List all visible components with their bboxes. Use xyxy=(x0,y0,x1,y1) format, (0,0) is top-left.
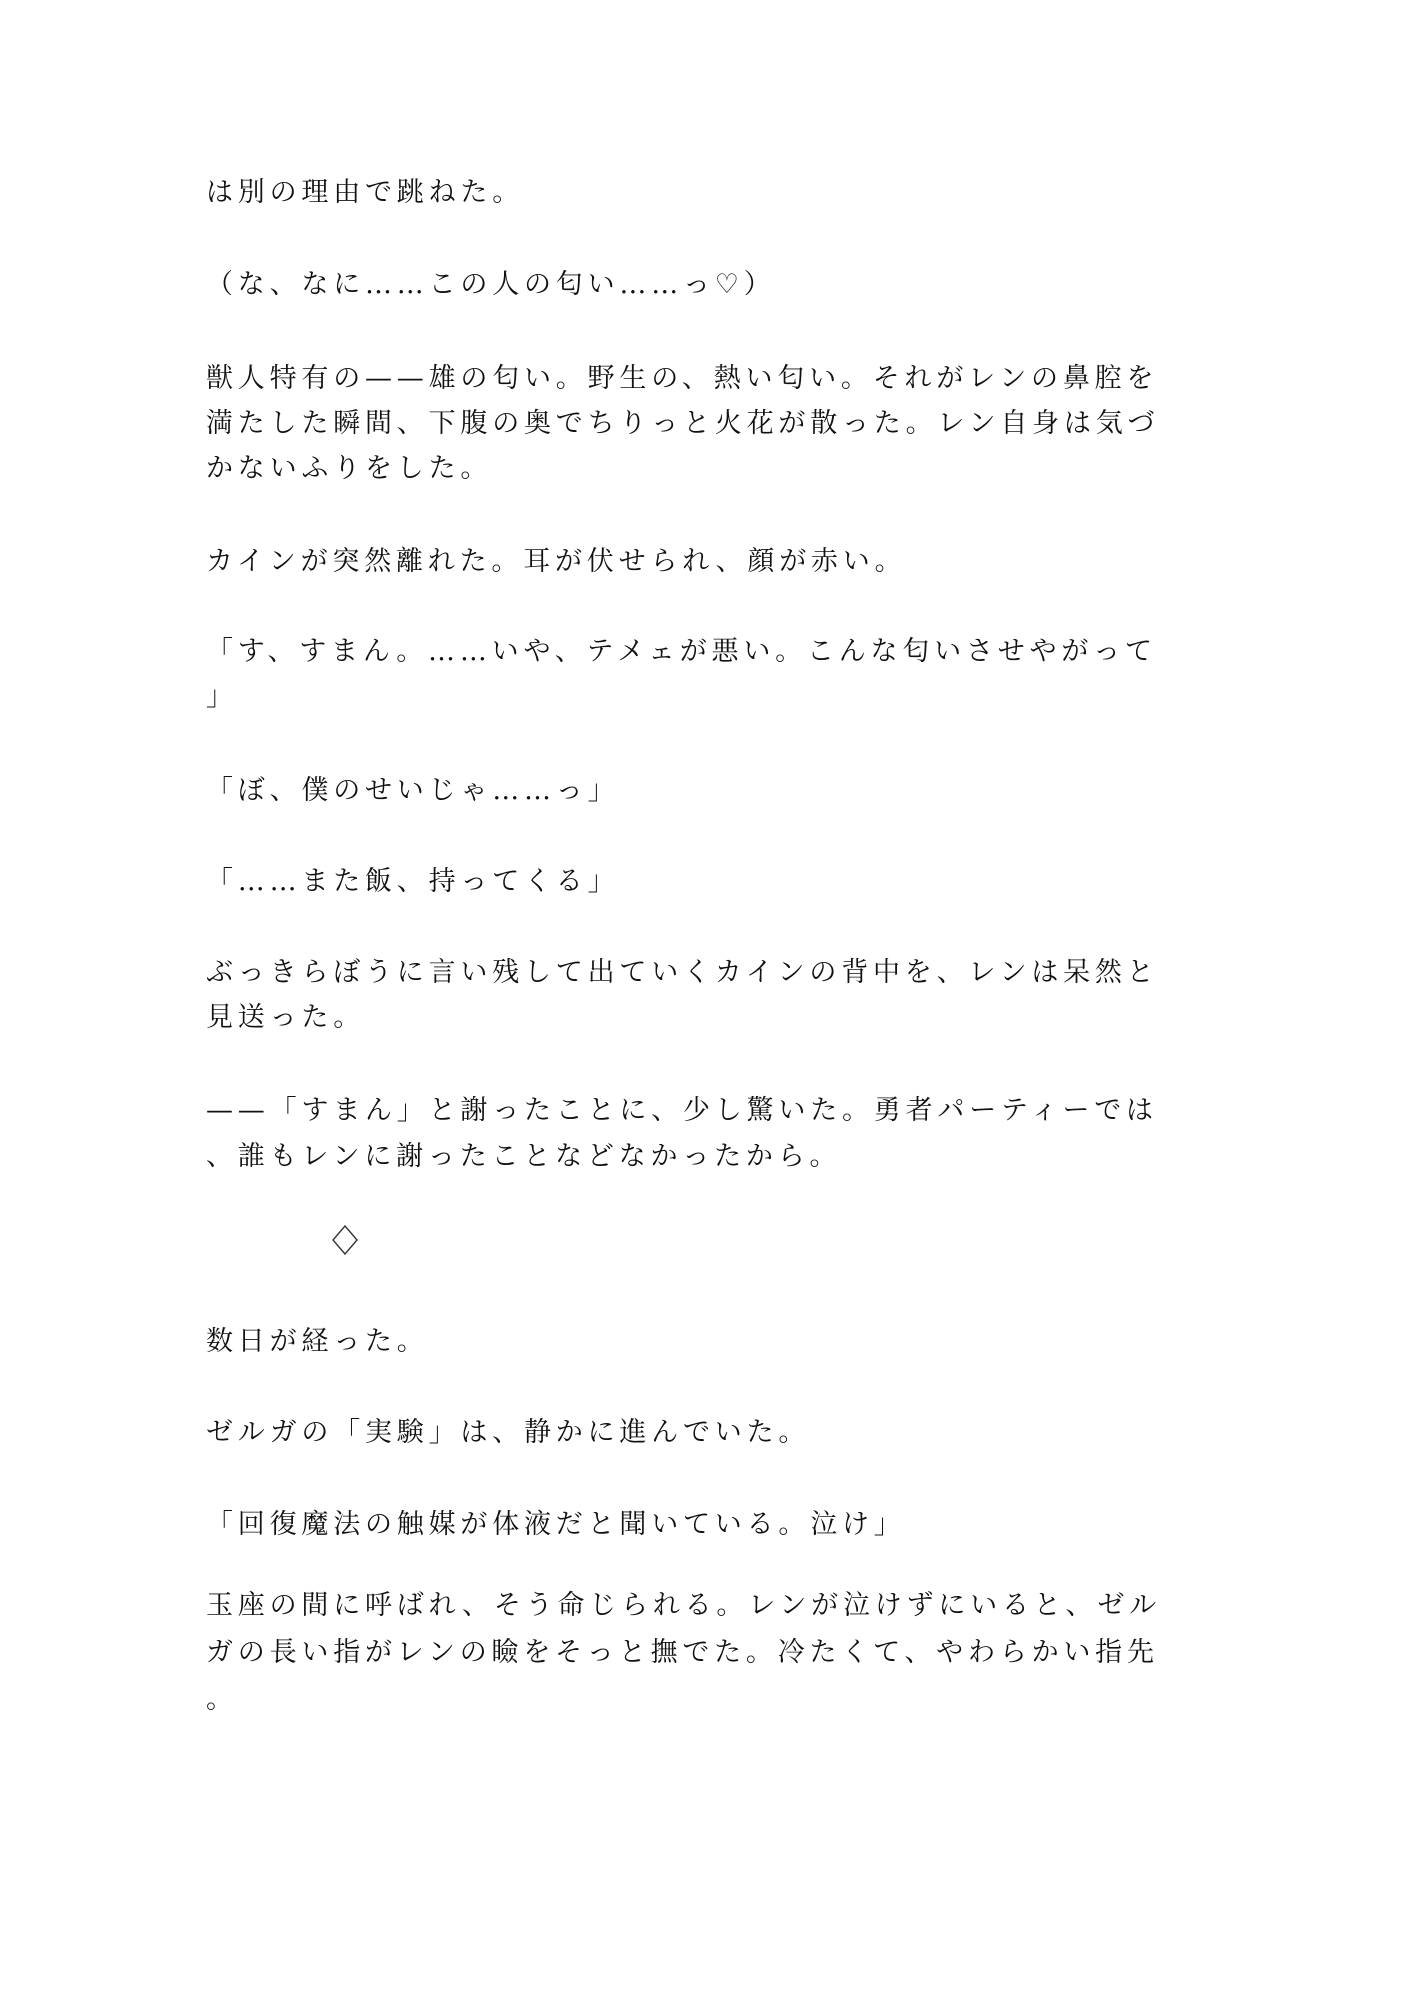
document-page: は別の理由で跳ねた。 （な、なに……この人の匂い……っ♡） 獣人特有の——雄の匂… xyxy=(0,0,1415,2000)
text-line: 。 xyxy=(206,1680,238,1720)
text-line: （な、なに……この人の匂い……っ♡） xyxy=(206,265,776,305)
text-line: 」 xyxy=(206,677,238,717)
text-line: 「回復魔法の触媒が体液だと聞いている。泣け」 xyxy=(206,1505,906,1545)
text-line: ゼルガの「実験」は、静かに進んでいた。 xyxy=(206,1413,810,1453)
text-line: 玉座の間に呼ばれ、そう命じられる。レンが泣けずにいると、ゼル xyxy=(206,1586,1161,1626)
scene-break-diamond-icon xyxy=(331,1225,359,1255)
text-line: 「ぼ、僕のせいじゃ……っ」 xyxy=(206,771,619,811)
text-line: 満たした瞬間、下腹の奥でちりっと火花が散った。レン自身は気づ xyxy=(206,404,1159,444)
text-line: ——「すまん」と謝ったことに、少し驚いた。勇者パーティーでは xyxy=(206,1091,1158,1131)
text-line: 、誰もレンに謝ったことなどなかったから。 xyxy=(206,1137,841,1177)
text-line: は別の理由で跳ねた。 xyxy=(206,173,524,213)
text-line: 「す、すまん。……いや、テメェが悪い。こんな匂いさせやがって xyxy=(206,632,1157,672)
text-line: 見送った。 xyxy=(206,998,365,1038)
text-line: 「……また飯、持ってくる」 xyxy=(206,862,619,902)
text-line: かないふりをした。 xyxy=(206,449,492,489)
text-line: 獣人特有の——雄の匂い。野生の、熱い匂い。それがレンの鼻腔を xyxy=(206,359,1158,399)
text-line: 数日が経った。 xyxy=(206,1322,429,1362)
text-line: ぶっきらぼうに言い残して出ていくカインの背中を、レンは呆然と xyxy=(206,953,1159,993)
text-line: ガの長い指がレンの瞼をそっと撫でた。冷たくて、やわらかい指先 xyxy=(206,1633,1159,1673)
text-line: カインが突然離れた。耳が伏せられ、顔が赤い。 xyxy=(206,542,906,582)
